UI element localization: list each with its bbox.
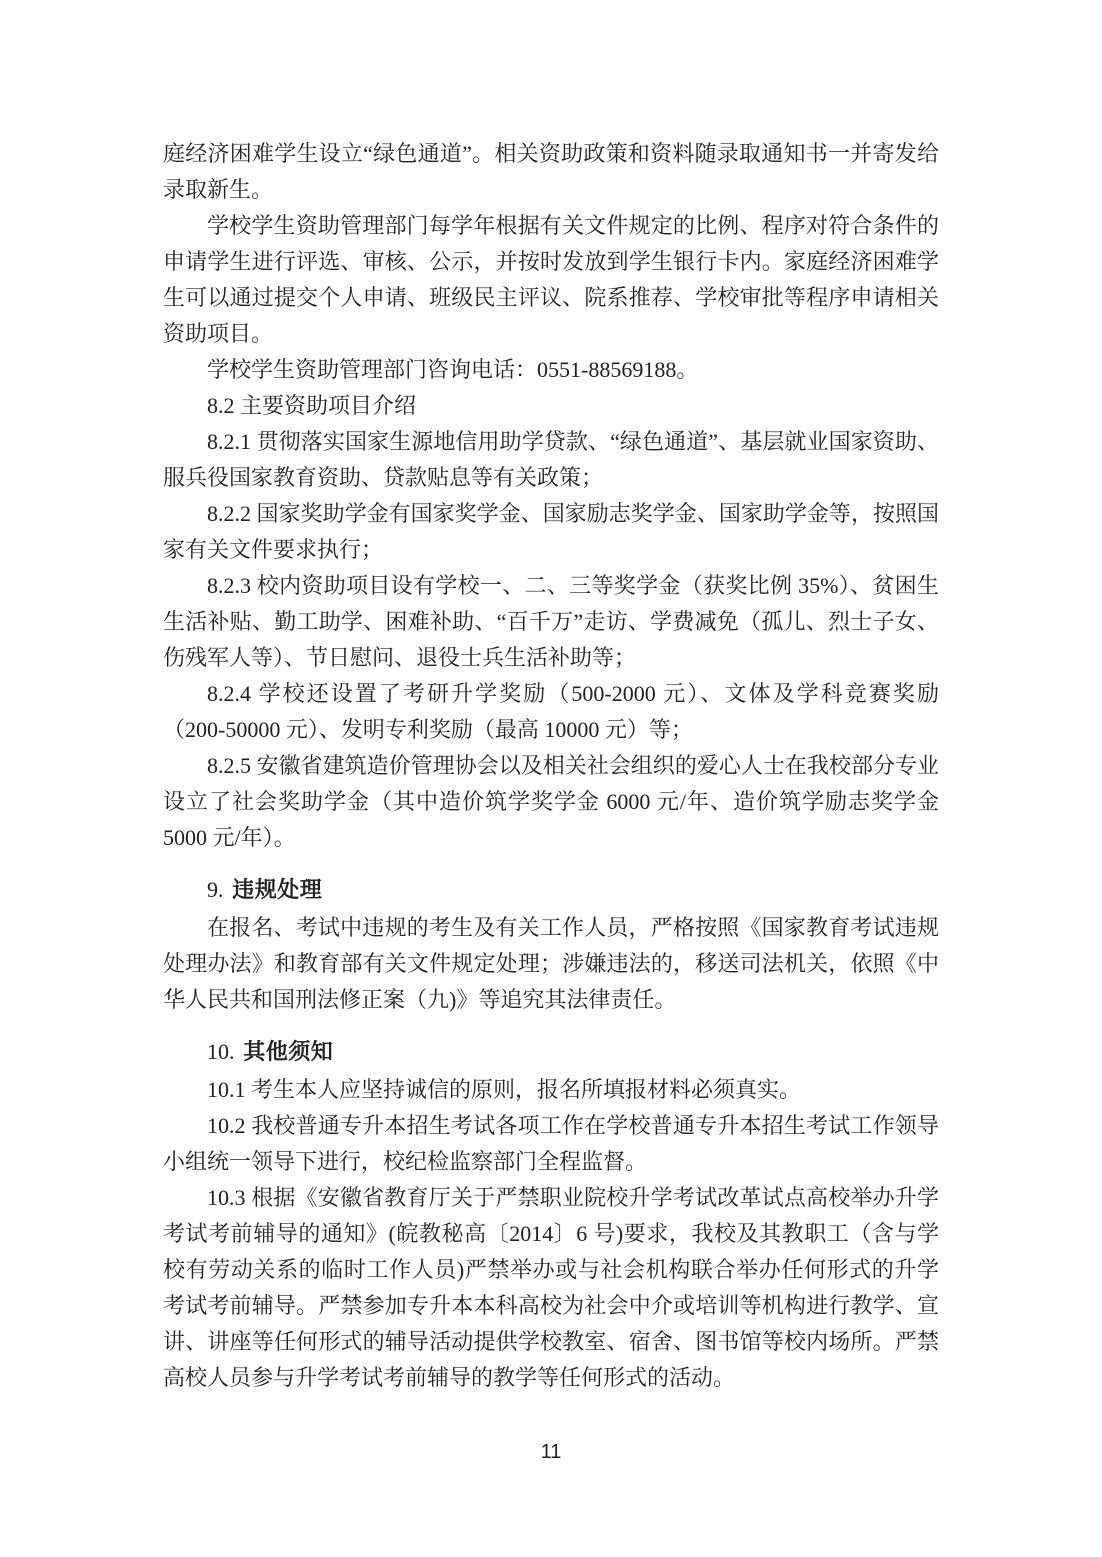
heading-9-title: 违规处理 xyxy=(232,877,322,902)
para-aid-management-process: 学校学生资助管理部门每学年根据有关文件规定的比例、程序对符合条件的申请学生进行评… xyxy=(163,208,939,352)
para-8-2-3-school-aid-projects: 8.2.3 校内资助项目设有学校一、二、三等奖学金（获奖比例 35%）、贫困生生… xyxy=(163,568,939,676)
para-8-2-5-social-scholarships: 8.2.5 安徽省建筑造价管理协会以及相关社会组织的爱心人士在我校部分专业设立了… xyxy=(163,748,939,856)
para-aid-contact-phone: 学校学生资助管理部门咨询电话：0551-88569188。 xyxy=(163,352,939,388)
para-10-2-leadership-supervision: 10.2 我校普通专升本招生考试各项工作在学校普通专升本招生考试工作领导小组统一… xyxy=(163,1108,939,1180)
para-8-2-4-school-rewards: 8.2.4 学校还设置了考研升学奖励（500-2000 元）、文体及学科竞赛奖励… xyxy=(163,676,939,748)
page-number: 11 xyxy=(541,1441,562,1463)
heading-10-other-notes: 10.其他须知 xyxy=(163,1034,939,1070)
heading-10-number: 10. xyxy=(207,1039,235,1064)
document-page: 庭经济困难学生设立“绿色通道”。相关资助政策和资料随录取通知书一并寄发给录取新生… xyxy=(0,0,1102,1557)
para-8-2-aid-projects-intro: 8.2 主要资助项目介绍 xyxy=(163,388,939,424)
para-10-3-tutoring-prohibition: 10.3 根据《安徽省教育厅关于严禁职业院校升学考试改革试点高校举办升学考试考前… xyxy=(163,1180,939,1396)
para-9-violation-body: 在报名、考试中违规的考生及有关工作人员，严格按照《国家教育考试违规处理办法》和教… xyxy=(163,910,939,1018)
para-8-2-2-national-scholarships: 8.2.2 国家奖助学金有国家奖学金、国家励志奖学金、国家助学金等，按照国家有关… xyxy=(163,496,939,568)
page-footer: 11 xyxy=(0,1438,1102,1466)
document-body: 庭经济困难学生设立“绿色通道”。相关资助政策和资料随录取通知书一并寄发给录取新生… xyxy=(163,136,939,1396)
heading-9-number: 9. xyxy=(207,877,224,902)
para-green-channel-continuation: 庭经济困难学生设立“绿色通道”。相关资助政策和资料随录取通知书一并寄发给录取新生… xyxy=(163,136,939,208)
heading-10-title: 其他须知 xyxy=(243,1039,333,1064)
para-10-1-integrity: 10.1 考生本人应坚持诚信的原则，报名所填报材料必须真实。 xyxy=(163,1072,939,1108)
heading-9-violation-handling: 9.违规处理 xyxy=(163,872,939,908)
para-8-2-1-national-policies: 8.2.1 贯彻落实国家生源地信用助学贷款、“绿色通道”、基层就业国家资助、服兵… xyxy=(163,424,939,496)
